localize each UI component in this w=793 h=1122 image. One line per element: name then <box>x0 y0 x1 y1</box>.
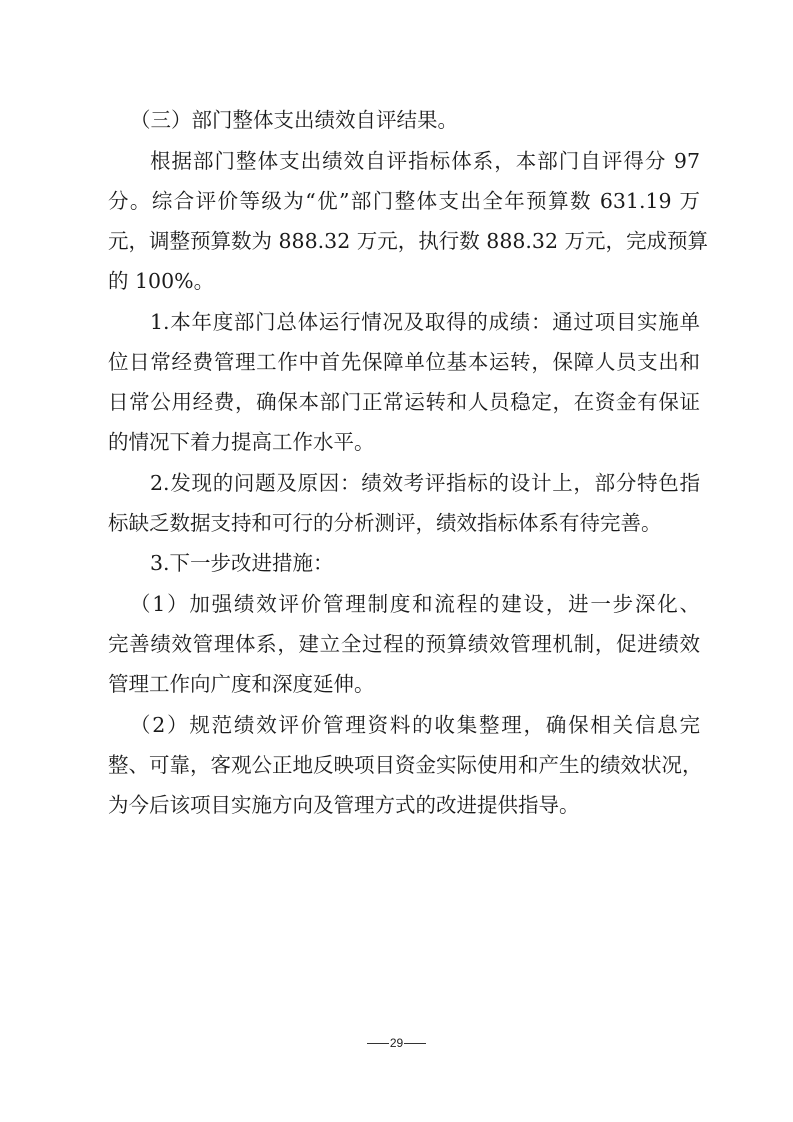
paragraph-2-line-2: 位日常经费管理工作中首先保障单位基本运转，保障人员支出和 <box>108 342 700 382</box>
paragraph-2-line-3: 日常公用经费，确保本部门正常运转和人员稳定，在资金有保证 <box>108 382 700 422</box>
paragraph-1-line-3: 元，调整预算数为 888.32 万元，执行数 888.32 万元，完成预算 <box>108 221 700 261</box>
paragraph-5-line-3: 管理工作向广度和深度延伸。 <box>108 664 375 704</box>
paragraph-2-line-1: 1.本年度部门总体运行情况及取得的成绩：通过项目实施单 <box>150 302 700 342</box>
paragraph-1-line-1: 根据部门整体支出绩效自评指标体系，本部门自评得分 97 <box>150 141 700 181</box>
section-heading: （三）部门整体支出绩效自评结果。 <box>130 100 458 140</box>
paragraph-5-line-2: 完善绩效管理体系，建立全过程的预算绩效管理机制，促进绩效 <box>108 624 700 664</box>
paragraph-1-line-4: 的 100%。 <box>108 261 214 301</box>
paragraph-6-line-3: 为今后该项目实施方向及管理方式的改进提供指导。 <box>108 785 580 825</box>
page-footer: 29 <box>0 1036 793 1050</box>
paragraph-3-line-1: 2.发现的问题及原因：绩效考评指标的设计上，部分特色指 <box>150 463 700 503</box>
paragraph-1-line-2: 分。综合评价等级为“优”部门整体支出全年预算数 631.19 万 <box>108 181 700 221</box>
paragraph-6-line-2: 整、可靠，客观公正地反映项目资金实际使用和产生的绩效状况， <box>108 745 700 785</box>
paragraph-6-line-1: （2）规范绩效评价管理资料的收集整理，确保相关信息完 <box>130 705 700 745</box>
paragraph-4-line-1: 3.下一步改进措施： <box>150 543 334 583</box>
page-number: 29 <box>390 1036 403 1050</box>
paragraph-3-line-2: 标缺乏数据支持和可行的分析测评，绩效指标体系有待完善。 <box>108 503 662 543</box>
paragraph-2-line-4: 的情况下着力提高工作水平。 <box>108 422 375 462</box>
paragraph-5-line-1: （1）加强绩效评价管理制度和流程的建设，进一步深化、 <box>130 584 700 624</box>
footer-dash-right <box>404 1043 426 1044</box>
footer-dash-left <box>367 1043 389 1044</box>
